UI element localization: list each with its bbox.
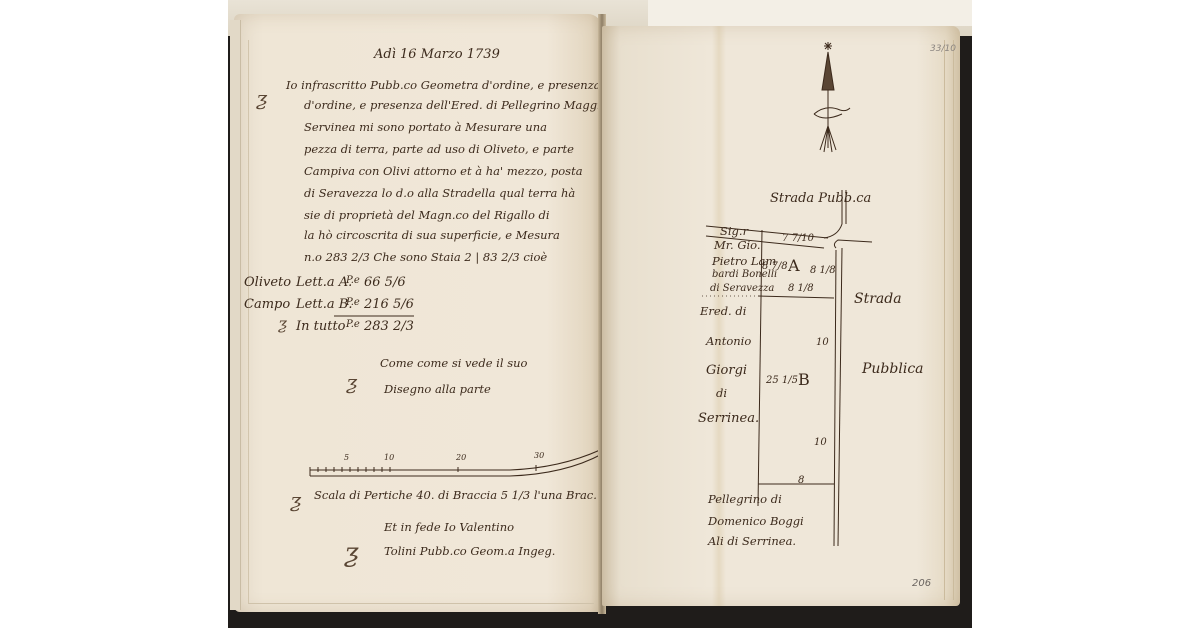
tally-value-a: 66 5/6	[364, 276, 406, 289]
left-page: Adì 16 Marzo 1739 ƺ Io infrascritto Pubb…	[234, 14, 602, 612]
road-top-label: Strada Pubb.ca	[770, 192, 871, 205]
date-line: Adì 16 Marzo 1739	[374, 48, 500, 61]
scale-tick-30: 30	[534, 452, 544, 460]
scale-tick-20: 20	[456, 454, 466, 462]
parcel-a-top-dim: 7 7/10	[782, 234, 814, 244]
body-line-4: pezza di terra, parte ad uso di Oliveto,…	[304, 144, 574, 156]
signature-flourish-icon: ƺ	[344, 538, 359, 568]
page-number: 206	[912, 578, 931, 589]
neighbor-a-line-4: bardi Bonelli	[712, 270, 777, 280]
tally-unit-b: P.e	[346, 298, 360, 308]
backdrop-card	[648, 0, 972, 26]
page-stack-edge	[230, 20, 241, 610]
tally-parcel-b: Lett.a B.	[296, 298, 352, 311]
neighbor-bottom-line-2: Domenico Boggi	[708, 516, 804, 528]
scale-tick-10: 10	[384, 454, 394, 462]
parcel-a-right-dim: 8 1/8	[810, 266, 836, 276]
paragraph-mark-icon: ƺ	[256, 86, 267, 110]
tally-value-total: 283 2/3	[364, 320, 414, 333]
book-scan: Adì 16 Marzo 1739 ƺ Io infrascritto Pubb…	[228, 0, 972, 628]
parcel-a-bottom-dim: 8 1/8	[788, 284, 814, 294]
neighbor-bottom-line-1: Pellegrino di	[708, 494, 782, 506]
neighbor-bottom-line-3: Ali di Serrinea.	[708, 536, 796, 548]
neighbor-a-line-3: Pietro Lam	[712, 256, 776, 268]
parcel-b-label: B	[798, 372, 810, 388]
tally-value-b: 216 5/6	[364, 298, 414, 311]
note-line-1: Come come si vede il suo	[380, 358, 527, 370]
body-line-8: la hò circoscrita di sua superficie, e M…	[304, 230, 560, 242]
neighbor-b-line-4: di	[716, 388, 727, 400]
signature-line-2: Tolini Pubb.co Geom.a Ingeg.	[384, 546, 555, 558]
neighbor-b-line-3: Giorgi	[706, 364, 747, 377]
tally-unit-total: P.e	[346, 320, 360, 330]
parcel-b-bottom-dim: 8	[798, 476, 804, 486]
tally-parcel-a: Lett.a A.	[296, 276, 352, 289]
neighbor-b-line-1: Ered. di	[700, 306, 746, 318]
parcel-a-label: A	[788, 258, 800, 274]
tally-label-oliveto: Oliveto	[244, 276, 291, 289]
note-line-2: Disegno alla parte	[384, 384, 491, 396]
body-line-9: n.o 283 2/3 Che sono Staia 2 | 83 2/3 ci…	[304, 252, 547, 264]
neighbor-b-line-5: Serrinea.	[698, 412, 759, 425]
neighbor-a-line-5: di Seravezza	[710, 284, 774, 294]
tally-label-total: In tutto	[296, 320, 346, 333]
body-line-7: sie di proprietà del Magn.co del Rigallo…	[304, 210, 550, 222]
tally-sum-rule	[334, 314, 434, 318]
tally-unit-a: P.e	[346, 276, 360, 286]
right-page: 33/10	[602, 26, 960, 606]
body-line-1: Io infrascritto Pubb.co Geometra d'ordin…	[286, 80, 601, 92]
body-line-2: d'ordine, e presenza dell'Ered. di Pelle…	[304, 100, 601, 112]
tally-label-campo: Campo	[244, 298, 290, 311]
body-line-6: di Seravezza lo d.o alla Stradella qual …	[304, 188, 575, 200]
neighbor-b-line-2: Antonio	[706, 336, 751, 348]
paragraph-mark-icon: ƺ	[278, 314, 287, 333]
neighbor-a-line-2: Mr. Gio.	[714, 240, 761, 252]
road-right-label-2: Pubblica	[862, 362, 924, 376]
parcel-b-right-lower-dim: 10	[814, 438, 827, 448]
scale-tick-5: 5	[344, 454, 349, 462]
road-right-label-1: Strada	[854, 292, 902, 306]
body-line-3: Servinea mi sono portato à Mesurare una	[304, 122, 547, 134]
parcel-b-left-dim: 25 1/5	[766, 376, 798, 386]
signature-line-1: Et in fede Io Valentino	[384, 522, 514, 534]
paragraph-mark-icon: ƺ	[346, 370, 357, 394]
scale-caption: Scala di Pertiche 40. di Braccia 5 1/3 l…	[314, 490, 612, 502]
parcel-b-right-upper-dim: 10	[816, 338, 829, 348]
body-line-5: Campiva con Olivi attorno et à ha' mezzo…	[304, 166, 583, 178]
paragraph-mark-icon: ƺ	[290, 488, 301, 512]
neighbor-a-line-1: Sig.r	[720, 226, 748, 238]
